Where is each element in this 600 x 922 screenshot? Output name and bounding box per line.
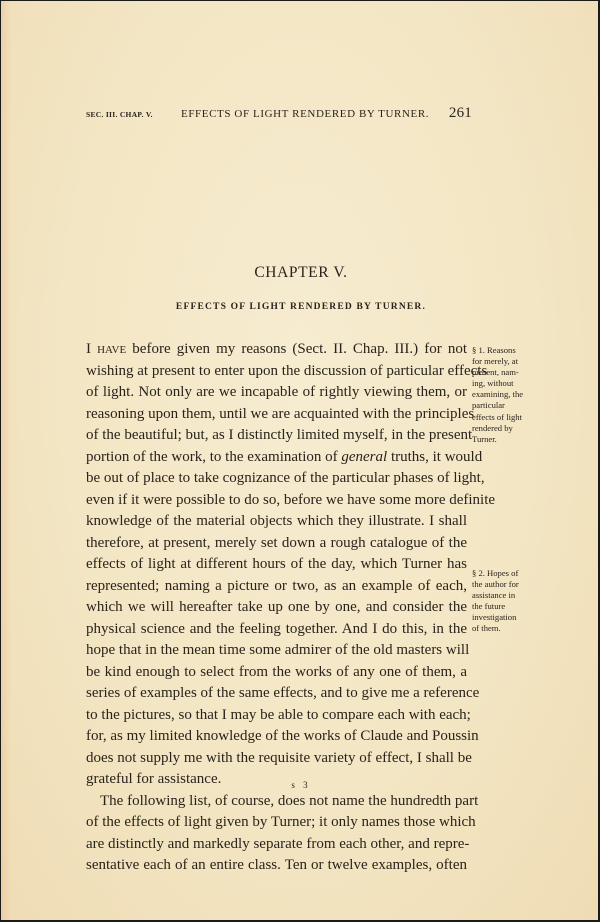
signature-mark: s 3 [1, 780, 600, 790]
text-line: of light. Not only are we incapable of r… [86, 382, 467, 404]
text-line: effects of light at different hours of t… [86, 554, 467, 576]
page-number: 261 [449, 105, 472, 122]
text-line: The following list, of course, does not … [86, 791, 467, 813]
text-line: of the beautiful; but, as I distinctly l… [86, 425, 467, 447]
text-line: knowledge of the material objects which … [86, 511, 467, 533]
text-line: sentative each of an entire class. Ten o… [86, 855, 467, 877]
text-line: of the effects of light given by Turner;… [86, 812, 467, 834]
text-line: represented; naming a picture or two, as… [86, 576, 467, 598]
book-page: sec. iii. chap. v. EFFECTS OF LIGHT REND… [1, 1, 598, 920]
italic-emphasis: general [341, 449, 387, 465]
text-line: be out of place to take cognizance of th… [86, 468, 467, 490]
text-line: wishing at present to enter upon the dis… [86, 361, 467, 383]
text-line: portion of the work, to the examination … [86, 447, 467, 469]
text-line: reasoning upon them, until we are acquai… [86, 404, 467, 426]
text-line: to the pictures, so that I may be able t… [86, 705, 467, 727]
text-line: physical science and the feeling togethe… [86, 619, 467, 641]
text-line: even if it were possible to do so, befor… [86, 490, 467, 512]
text-line: are distinctly and markedly separate fro… [86, 834, 467, 856]
text-line: I have before given my reasons (Sect. II… [86, 339, 467, 361]
text-line: be kind enough to select from the works … [86, 662, 467, 684]
margin-note-2: § 2. Hopes of the author for assistance … [472, 568, 572, 635]
margin-note-1: § 1. Reasons for merely, at present, nam… [472, 345, 572, 445]
chapter-title: CHAPTER V. [1, 264, 600, 282]
text-line: does not supply me with the requisite va… [86, 748, 467, 770]
running-head-section: sec. iii. chap. v. [86, 110, 153, 119]
running-head: sec. iii. chap. v. EFFECTS OF LIGHT REND… [86, 105, 472, 125]
running-head-title: EFFECTS OF LIGHT RENDERED BY TURNER. [181, 108, 429, 120]
opening-smallcaps: I have [86, 341, 126, 357]
text-line: series of examples of the same effects, … [86, 683, 467, 705]
body-text: I have before given my reasons (Sect. II… [86, 339, 467, 877]
text-line: which we will hereafter take up one by o… [86, 597, 467, 619]
text-line: hope that in the mean time some admirer … [86, 640, 467, 662]
chapter-subtitle: EFFECTS OF LIGHT RENDERED BY TURNER. [1, 302, 600, 312]
text-line: therefore, at present, merely set down a… [86, 533, 467, 555]
text-line: for, as my limited knowledge of the work… [86, 726, 467, 748]
